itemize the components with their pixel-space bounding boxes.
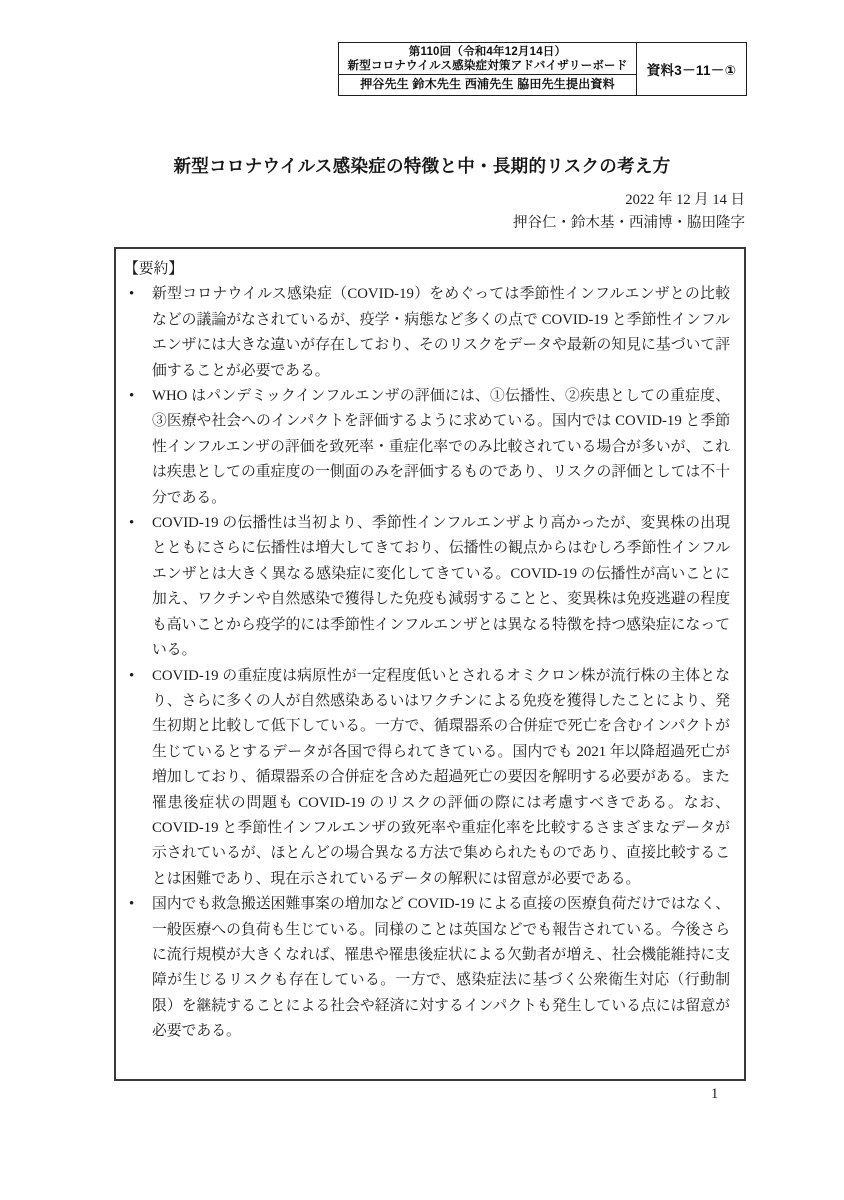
summary-bullet-list: 新型コロナウイルス感染症（COVID-19）をめぐっては季節性インフルエンザとの… xyxy=(124,282,730,1044)
header-session-row: 第110回（令和4年12月14日） 新型コロナウイルス感染症対策アドバイザリーボ… xyxy=(339,43,636,75)
header-board-line: 新型コロナウイルス感染症対策アドバイザリーボード xyxy=(342,59,633,73)
summary-heading: 【要約】 xyxy=(124,257,730,282)
page-number: 1 xyxy=(711,1086,718,1103)
header-left-cell: 第110回（令和4年12月14日） 新型コロナウイルス感染症対策アドバイザリーボ… xyxy=(339,43,637,95)
header-presenters-row: 押谷先生 鈴木先生 西浦先生 脇田先生提出資料 xyxy=(339,75,636,95)
date-line: 2022 年 12 月 14 日 xyxy=(625,188,745,209)
summary-bullet: COVID-19 の伝播性は当初より、季節性インフルエンザより高かったが、変異株… xyxy=(124,511,730,663)
summary-bullet: 国内でも救急搬送困難事案の増加など COVID-19 による直接の医療負荷だけで… xyxy=(124,892,730,1044)
summary-box: 【要約】 新型コロナウイルス感染症（COVID-19）をめぐっては季節性インフル… xyxy=(114,247,746,1081)
header-session-line: 第110回（令和4年12月14日） xyxy=(342,45,633,59)
summary-bullet: 新型コロナウイルス感染症（COVID-19）をめぐっては季節性インフルエンザとの… xyxy=(124,282,730,384)
header-info-table: 第110回（令和4年12月14日） 新型コロナウイルス感染症対策アドバイザリーボ… xyxy=(338,42,747,96)
header-document-code-cell: 資料3－11－① xyxy=(637,43,746,95)
summary-bullet: COVID-19 の重症度は病原性が一定程度低いとされるオミクロン株が流行株の主… xyxy=(124,664,730,893)
authors-line: 押谷仁・鈴木基・西浦博・脇田隆字 xyxy=(513,211,745,232)
page-title: 新型コロナウイルス感染症の特徴と中・長期的リスクの考え方 xyxy=(0,153,844,178)
summary-bullet: WHO はパンデミックインフルエンザの評価には、①伝播性、②疾患としての重症度、… xyxy=(124,384,730,511)
document-page: 第110回（令和4年12月14日） 新型コロナウイルス感染症対策アドバイザリーボ… xyxy=(0,0,844,1200)
